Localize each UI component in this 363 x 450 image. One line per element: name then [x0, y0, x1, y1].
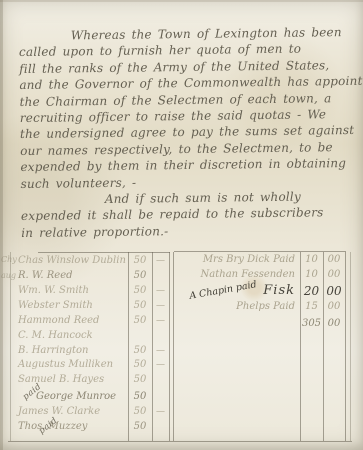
subscriber-name: Thos. Muzzey [12, 421, 128, 432]
subscriber-name: B. Harrington [12, 345, 128, 356]
subscriber-row: Chas Winslow Dublin 50 — [12, 253, 173, 268]
subscriber-name-ink: Fisk [263, 283, 295, 298]
amount-cents: — [152, 316, 169, 326]
paid-annotation: paid [37, 416, 59, 437]
amount-cents: 00 [323, 254, 345, 265]
column-rule [345, 252, 346, 441]
scanned-petition-document: Whereas the Town of Lexington has been c… [0, 0, 363, 450]
amount-dollars: 10 [300, 254, 323, 265]
subscriber-name: Samuel B. Hayes [12, 374, 128, 385]
margin-rule [10, 252, 11, 441]
subscriber-name: A Chapin paid Fisk [176, 283, 300, 298]
subscriber-name: R. W. Reed [12, 270, 128, 281]
subscriber-row: Augustus Mulliken 50 — [12, 357, 173, 372]
column-rule [173, 252, 174, 441]
total-dollars: 305 [300, 318, 323, 329]
subscriber-row: C. M. Hancock [12, 328, 173, 343]
paper-top-edge [0, 0, 363, 2]
subscriber-name: Webster Smith [12, 300, 128, 311]
table-bottom-rule [8, 441, 352, 442]
subscriber-row: Webster Smith 50 — [12, 298, 173, 313]
subscriber-name: Nathan Fessenden [176, 269, 300, 280]
subscriber-name: C. M. Hancock [12, 330, 128, 341]
amount-dollars: 50 [128, 421, 152, 432]
subscriber-row: Hammond Reed 50 — [12, 313, 173, 328]
amount-dollars: 20 [300, 284, 323, 298]
subscriber-row: Phelps Paid 15 00 [176, 299, 345, 314]
amount-dollars: 50 [128, 374, 152, 385]
amount-dollars: 50 [128, 391, 152, 402]
subscriber-name: James W. Clarke [12, 406, 128, 417]
subscriber-row: James W. Clarke 50 — [12, 404, 173, 419]
amount-cents: — [152, 360, 169, 370]
total-row: 305 00 [176, 316, 345, 331]
amount-dollars: 50 [128, 406, 152, 417]
subscriber-row: Nathan Fessenden 10 00 [176, 267, 345, 282]
subscriber-name: Mrs Bry Dick Paid [176, 254, 300, 265]
paper-left-edge [0, 0, 3, 450]
subscriber-name: Phelps Paid [176, 301, 300, 312]
subscriber-row: A Chapin paid Fisk 20 00 [176, 283, 345, 298]
amount-cents: — [152, 256, 169, 266]
amount-cents: 00 [323, 269, 345, 280]
amount-cents: — [152, 301, 169, 311]
subscriber-name: Chas Winslow Dublin [12, 255, 128, 266]
amount-cents: — [152, 286, 169, 296]
subscriber-row: paid Thos. Muzzey 50 [12, 419, 173, 434]
amount-cents: 00 [323, 301, 345, 312]
total-cents: 00 [323, 318, 345, 329]
column-rule [350, 252, 351, 441]
amount-dollars: 50 [128, 359, 152, 370]
subscriber-row: R. W. Reed 50 [12, 268, 173, 283]
petition-text: Whereas the Town of Lexington has been c… [19, 24, 356, 241]
subscriber-row: Wm. W. Smith 50 — [12, 283, 173, 298]
amount-cents: — [152, 346, 169, 356]
amount-dollars: 50 [128, 345, 152, 356]
amount-cents: — [152, 407, 169, 417]
petition-line: in relative proportion.- [21, 221, 355, 241]
subscriber-name: Wm. W. Smith [12, 285, 128, 296]
amount-dollars: 15 [300, 301, 323, 312]
amount-dollars: 10 [300, 269, 323, 280]
amount-dollars: 50 [128, 285, 152, 296]
amount-dollars: 50 [128, 270, 152, 281]
amount-dollars: 50 [128, 255, 152, 266]
amount-dollars: 50 [128, 315, 152, 326]
subscriber-row: paid George Munroe 50 [12, 389, 173, 404]
amount-cents: 00 [323, 284, 345, 298]
subscriber-name: Hammond Reed [12, 315, 128, 326]
subscriber-name: Augustus Mulliken [12, 359, 128, 370]
subscriber-row: B. Harrington 50 — [12, 343, 173, 358]
subscriber-row: Mrs Bry Dick Paid 10 00 [176, 252, 345, 267]
amount-dollars: 50 [128, 300, 152, 311]
